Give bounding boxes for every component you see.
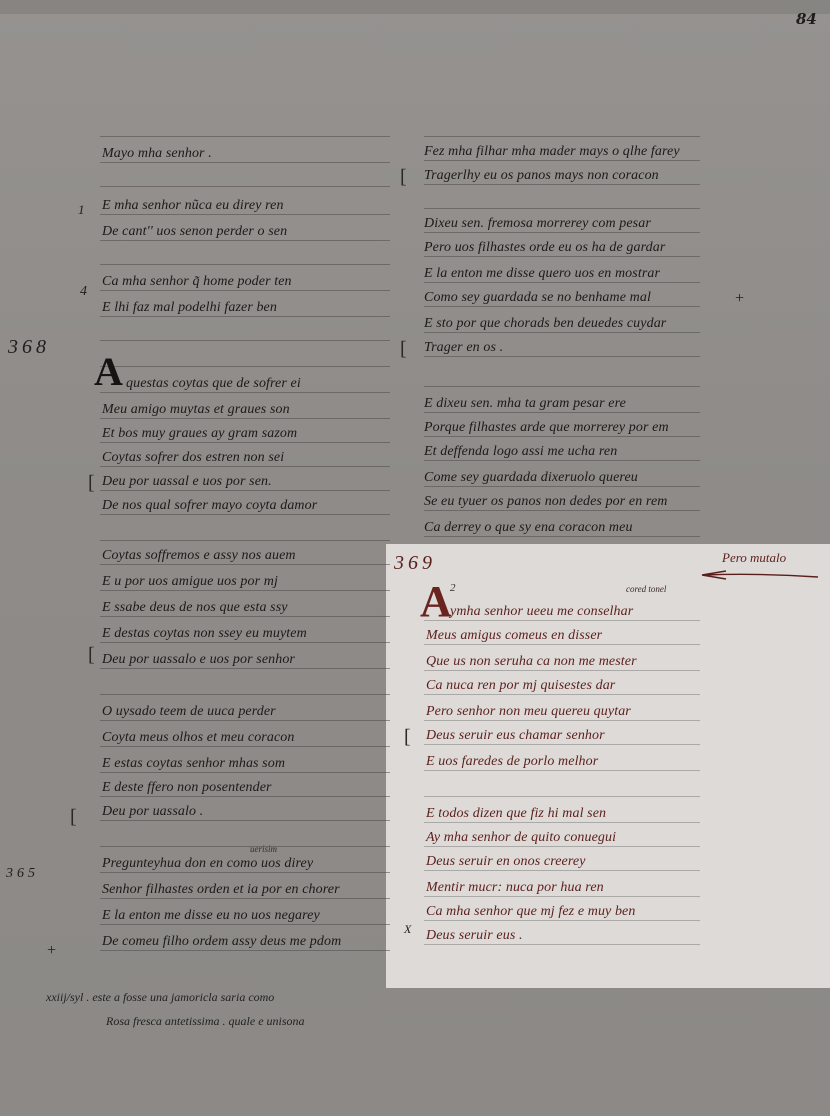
margin-mark-4: 4	[80, 284, 87, 300]
verse-line: Porque filhastes arde que morrerey por e…	[424, 420, 669, 436]
verse-line: Dixeu sen. fremosa morrerey com pesar	[424, 216, 651, 232]
verse-line: O uysado teem de uuca perder	[102, 704, 276, 720]
verse-line: Ay mha senhor de quito conuegui	[426, 830, 616, 846]
verse-line: E sto por que chorads ben deuedes cuydar	[424, 316, 666, 332]
verse-line: Ca mha senhor que mj fez e muy ben	[426, 904, 635, 920]
verse-line: E mha senhor nũca eu direy ren	[102, 198, 284, 214]
cross-mark-right: +	[734, 290, 745, 308]
verse-line: Meus amigus comeus en disser	[426, 628, 602, 644]
verse-line: E estas coytas senhor mhas som	[102, 756, 285, 772]
verse-line: Deu por uassal e uos por sen.	[102, 474, 272, 490]
verse-line: De nos qual sofrer mayo coyta damor	[102, 498, 317, 514]
verse-line: E destas coytas non ssey eu muytem	[102, 626, 307, 642]
verse-line: E lhi faz mal podelhi fazer ben	[102, 300, 277, 316]
verse-line: Deus seruir eus chamar senhor	[426, 728, 605, 744]
song-number-365: 365	[6, 866, 39, 882]
verse-line: Se eu tyuer os panos non dedes por en re…	[424, 494, 667, 510]
verse-line: Come sey guardada dixeruolo quereu	[424, 470, 638, 486]
verse-line: Coyta meus olhos et meu coracon	[102, 730, 294, 746]
illuminated-initial: A	[94, 352, 123, 392]
verse-line: E ssabe deus de nos que esta ssy	[102, 600, 288, 616]
verse-line: Ca mha senhor q̃ home poder ten	[102, 274, 292, 290]
bracket-mark: [	[88, 644, 95, 667]
verse-line: questas coytas que de sofrer ei	[126, 376, 301, 392]
bracket-mark: [	[400, 166, 407, 189]
verse-line: Deu por uassalo e uos por senhor	[102, 652, 295, 668]
verse-line: Et deffenda logo assi me ucha ren	[424, 444, 617, 460]
verse-line: Que us non seruha ca non me mester	[426, 654, 637, 670]
bracket-mark: [	[400, 338, 407, 361]
song-number-369: 369	[394, 552, 436, 575]
verse-line: Deu por uassalo .	[102, 804, 203, 820]
verse-line: E u por uos amigue uos por mj	[102, 574, 278, 590]
illuminated-initial-red: A	[420, 582, 452, 622]
verse-line: E la enton me disse eu no uos negarey	[102, 908, 320, 924]
arrow-left-icon	[700, 566, 820, 578]
annotation-cored-tonel: cored tonel	[626, 584, 666, 594]
verse-line: Como sey guardada se no benhame mal	[424, 290, 651, 306]
verse-line: Coytas soffremos e assy nos auem	[102, 548, 296, 564]
verse-line: Pregunteyhua don en como uos direy	[102, 856, 313, 872]
verse-line: Pero senhor non meu quereu quytar	[426, 704, 631, 720]
verse-line: Pero uos filhastes orde eu os ha de gard…	[424, 240, 665, 256]
verse-line: Mayo mha senhor .	[102, 146, 212, 162]
verse-line: Deus seruir en onos creerey	[426, 854, 586, 870]
verse-line: Mentir mucr: nuca por hua ren	[426, 880, 604, 896]
verse-line: E la enton me disse quero uos en mostrar	[424, 266, 660, 282]
verse-line: Trager en os .	[424, 340, 503, 356]
verse-line: Tragerlhy eu os panos mays non coracon	[424, 168, 659, 184]
bracket-mark: [	[88, 472, 95, 495]
bracket-mark: [	[70, 806, 77, 829]
verse-line: Coytas sofrer dos estren non sei	[102, 450, 284, 466]
verse-line: ymha senhor ueeu me conselhar	[450, 604, 633, 620]
manuscript-page: 84 1 4 368 365 + + X [ [ [ [ [ [	[0, 0, 830, 1116]
verse-line: Deus seruir eus .	[426, 928, 523, 944]
verse-line: E todos dizen que fiz hi mal sen	[426, 806, 606, 822]
verse-line: De cant'' uos senon perder o sen	[102, 224, 287, 240]
verse-line: Ca derrey o que sy ena coracon meu	[424, 520, 633, 536]
verse-line: Meu amigo muytas et graues son	[102, 402, 290, 418]
verse-line: Senhor filhastes orden et ia por en chor…	[102, 882, 340, 898]
x-mark: X	[404, 922, 411, 937]
folio-number: 84	[796, 10, 817, 28]
annotation-uerisim: uerisim	[250, 844, 277, 854]
bracket-mark: [	[404, 726, 411, 749]
verse-line: E deste ffero non posentender	[102, 780, 272, 796]
margin-note-pero-mutalo: Pero mutalo	[722, 550, 786, 566]
verse-line: De comeu filho ordem assy deus me pdom	[102, 934, 341, 950]
footer-note-line-2: Rosa fresca antetissima . quale e unison…	[106, 1014, 305, 1029]
superscript-mark: 2	[450, 582, 456, 594]
verse-line: Ca nuca ren por mj quisestes dar	[426, 678, 615, 694]
verse-line: E dixeu sen. mha ta gram pesar ere	[424, 396, 626, 412]
verse-line: Et bos muy graues ay gram sazom	[102, 426, 297, 442]
verse-line: Fez mha filhar mha mader mays o qlhe far…	[424, 144, 680, 160]
song-number-368: 368	[8, 336, 50, 359]
verse-line: E uos faredes de porlo melhor	[426, 754, 598, 770]
footer-note-line-1: xxiij/syl . este a fosse una jamoricla s…	[46, 990, 274, 1005]
margin-mark-1: 1	[78, 202, 85, 218]
cross-mark-left: +	[46, 942, 57, 960]
